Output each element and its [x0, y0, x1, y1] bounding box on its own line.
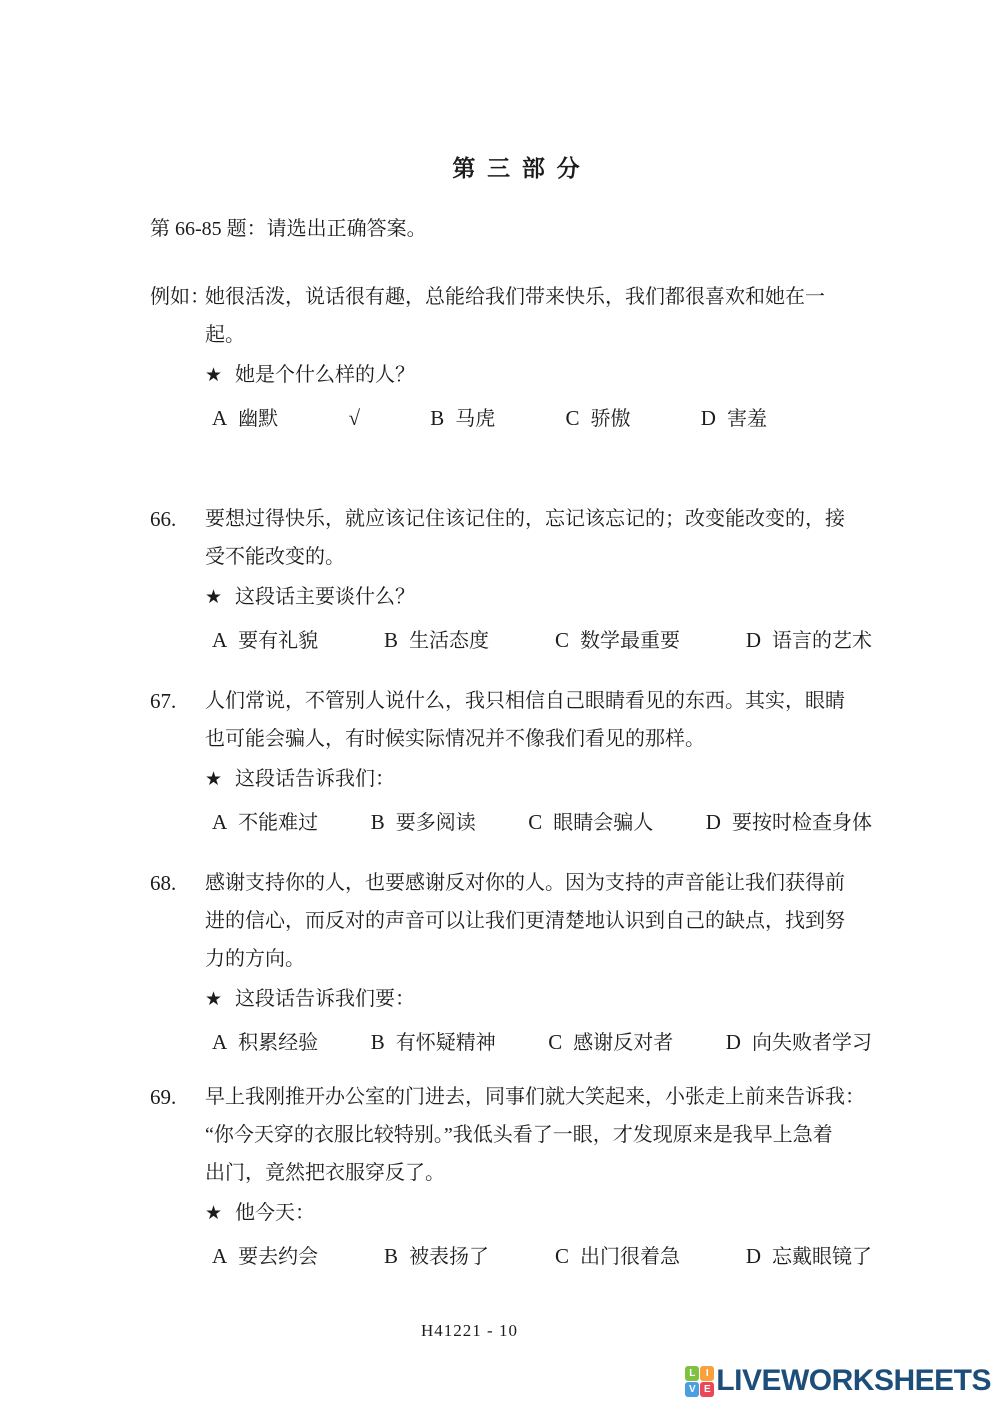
option-text: 感谢反对者: [573, 1024, 673, 1062]
question-prompt-line: ★他今天：: [205, 1194, 885, 1233]
example-option-a[interactable]: A幽默: [212, 399, 278, 438]
question-text-line: 出门，竟然把衣服穿反了。: [205, 1154, 885, 1192]
option-text: 眼睛会骗人: [553, 804, 653, 842]
option-letter: C: [548, 1023, 562, 1061]
option-d[interactable]: D向失败者学习: [726, 1023, 872, 1062]
liveworksheets-logo-icon: L I V E: [685, 1366, 714, 1397]
option-text: 忘戴眼镜了: [772, 1238, 872, 1276]
option-letter: D: [746, 1237, 761, 1275]
option-b[interactable]: B被表扬了: [384, 1237, 489, 1276]
example-text-line: 她很活泼，说话很有趣，总能给我们带来快乐，我们都很喜欢和她在一: [205, 278, 885, 316]
question-number: 69.: [150, 1078, 176, 1116]
question-number: 67.: [150, 682, 176, 720]
logo-tile-v: V: [685, 1382, 699, 1397]
options-row: A要去约会 B被表扬了 C出门很着急 D忘戴眼镜了: [212, 1237, 872, 1276]
option-a[interactable]: A不能难过: [212, 803, 318, 842]
question-prompt-text: 这段话告诉我们要：: [235, 988, 415, 1010]
option-text: 有怀疑精神: [396, 1024, 496, 1062]
star-icon: ★: [205, 579, 222, 617]
option-text: 数学最重要: [580, 622, 680, 660]
option-text: 出门很着急: [580, 1238, 680, 1276]
option-c[interactable]: C眼睛会骗人: [528, 803, 653, 842]
option-a[interactable]: A要去约会: [212, 1237, 318, 1276]
option-text: 要多阅读: [396, 804, 476, 842]
option-letter: C: [566, 399, 580, 437]
option-text: 害羞: [727, 400, 767, 438]
question-prompt-text: 他今天：: [235, 1202, 315, 1224]
options-row: A积累经验 B有怀疑精神 C感谢反对者 D向失败者学习: [212, 1023, 872, 1062]
option-c[interactable]: C感谢反对者: [548, 1023, 673, 1062]
option-text: 生活态度: [409, 622, 489, 660]
option-c[interactable]: C数学最重要: [555, 621, 680, 660]
option-text: 要去约会: [238, 1238, 318, 1276]
question-text-line: 力的方向。: [205, 940, 885, 978]
option-letter: C: [555, 1237, 569, 1275]
example-question-text: 她是个什么样的人？: [235, 364, 415, 386]
option-letter: A: [212, 803, 227, 841]
option-b[interactable]: B生活态度: [384, 621, 489, 660]
star-icon: ★: [205, 761, 222, 799]
checkmark-icon: √: [348, 399, 360, 437]
option-a[interactable]: A要有礼貌: [212, 621, 318, 660]
question-text-line: “你今天穿的衣服比较特别。”我低头看了一眼，才发现原来是我早上急着: [205, 1116, 885, 1154]
question-number: 68.: [150, 864, 176, 902]
star-icon: ★: [205, 1195, 222, 1233]
example-block: 例如： 她很活泼，说话很有趣，总能给我们带来快乐，我们都很喜欢和她在一 起。 ★…: [150, 278, 885, 438]
question-prompt-line: ★这段话主要谈什么？: [205, 578, 885, 617]
question-68: 68. 感谢支持你的人，也要感谢反对你的人。因为支持的声音能让我们获得前 进的信…: [150, 864, 885, 1062]
option-letter: D: [706, 803, 721, 841]
option-letter: B: [430, 399, 444, 437]
logo-tile-i: I: [700, 1366, 714, 1381]
option-text: 马虎: [455, 400, 495, 438]
option-text: 向失败者学习: [752, 1024, 872, 1062]
example-question-line: ★她是个什么样的人？: [205, 356, 885, 395]
option-text: 幽默: [238, 400, 278, 438]
option-c[interactable]: C出门很着急: [555, 1237, 680, 1276]
option-text: 要有礼貌: [238, 622, 318, 660]
option-letter: D: [726, 1023, 741, 1061]
question-66: 66. 要想过得快乐，就应该记住该记住的，忘记该忘记的；改变能改变的，接 受不能…: [150, 500, 885, 660]
question-text-line: 要想过得快乐，就应该记住该记住的，忘记该忘记的；改变能改变的，接: [205, 500, 885, 538]
example-text-line: 起。: [205, 316, 885, 354]
option-letter: D: [746, 621, 761, 659]
question-prompt-line: ★这段话告诉我们：: [205, 760, 885, 799]
option-letter: A: [212, 621, 227, 659]
page-number: H41221 - 10: [102, 1312, 837, 1350]
question-text-line: 也可能会骗人，有时候实际情况并不像我们看见的那样。: [205, 720, 885, 758]
example-option-d[interactable]: D害羞: [701, 399, 767, 438]
question-text-line: 受不能改变的。: [205, 538, 885, 576]
worksheet-page: 第 三 部 分 第 66-85 题：请选出正确答案。 例如： 她很活泼，说话很有…: [0, 0, 1000, 1414]
question-69: 69. 早上我刚推开办公室的门进去，同事们就大笑起来，小张走上前来告诉我： “你…: [150, 1078, 885, 1276]
question-prompt-text: 这段话告诉我们：: [235, 768, 395, 790]
star-icon: ★: [205, 357, 222, 395]
option-d[interactable]: D语言的艺术: [746, 621, 872, 660]
question-number: 66.: [150, 500, 176, 538]
example-options-row: A幽默 √ B马虎 C骄傲 D害羞: [212, 399, 767, 438]
question-text-line: 人们常说，不管别人说什么，我只相信自己眼睛看见的东西。其实，眼睛: [205, 682, 885, 720]
question-prompt-text: 这段话主要谈什么？: [235, 586, 415, 608]
liveworksheets-wordmark: LIVEWORKSHEETS: [716, 1364, 991, 1398]
section-instructions: 第 66-85 题：请选出正确答案。: [150, 210, 885, 248]
options-row: A要有礼貌 B生活态度 C数学最重要 D语言的艺术: [212, 621, 872, 660]
option-letter: B: [371, 1023, 385, 1061]
option-text: 被表扬了: [409, 1238, 489, 1276]
option-letter: C: [528, 803, 542, 841]
logo-tile-l: L: [685, 1366, 699, 1381]
question-67: 67. 人们常说，不管别人说什么，我只相信自己眼睛看见的东西。其实，眼睛 也可能…: [150, 682, 885, 842]
option-letter: B: [384, 621, 398, 659]
option-text: 积累经验: [238, 1024, 318, 1062]
star-icon: ★: [205, 981, 222, 1019]
option-letter: B: [371, 803, 385, 841]
options-row: A不能难过 B要多阅读 C眼睛会骗人 D要按时检查身体: [212, 803, 872, 842]
logo-tile-e: E: [700, 1382, 714, 1397]
option-text: 骄傲: [591, 400, 631, 438]
option-letter: A: [212, 1237, 227, 1275]
option-letter: D: [701, 399, 716, 437]
question-text-line: 感谢支持你的人，也要感谢反对你的人。因为支持的声音能让我们获得前: [205, 864, 885, 902]
example-label: 例如：: [150, 278, 210, 316]
question-prompt-line: ★这段话告诉我们要：: [205, 980, 885, 1019]
option-b[interactable]: B有怀疑精神: [371, 1023, 496, 1062]
option-d[interactable]: D忘戴眼镜了: [746, 1237, 872, 1276]
option-text: 语言的艺术: [772, 622, 872, 660]
option-text: 不能难过: [238, 804, 318, 842]
option-letter: C: [555, 621, 569, 659]
option-letter: A: [212, 399, 227, 437]
option-a[interactable]: A积累经验: [212, 1023, 318, 1062]
page-title: 第 三 部 分: [150, 0, 885, 188]
option-letter: A: [212, 1023, 227, 1061]
question-text-line: 进的信心，而反对的声音可以让我们更清楚地认识到自己的缺点，找到努: [205, 902, 885, 940]
option-letter: B: [384, 1237, 398, 1275]
option-d[interactable]: D要按时检查身体: [706, 803, 872, 842]
option-b[interactable]: B要多阅读: [371, 803, 476, 842]
liveworksheets-watermark[interactable]: L I V E LIVEWORKSHEETS: [685, 1364, 991, 1398]
example-option-b[interactable]: B马虎: [430, 399, 495, 438]
example-option-c[interactable]: C骄傲: [566, 399, 631, 438]
question-text-line: 早上我刚推开办公室的门进去，同事们就大笑起来，小张走上前来告诉我：: [205, 1078, 885, 1116]
option-text: 要按时检查身体: [732, 804, 872, 842]
